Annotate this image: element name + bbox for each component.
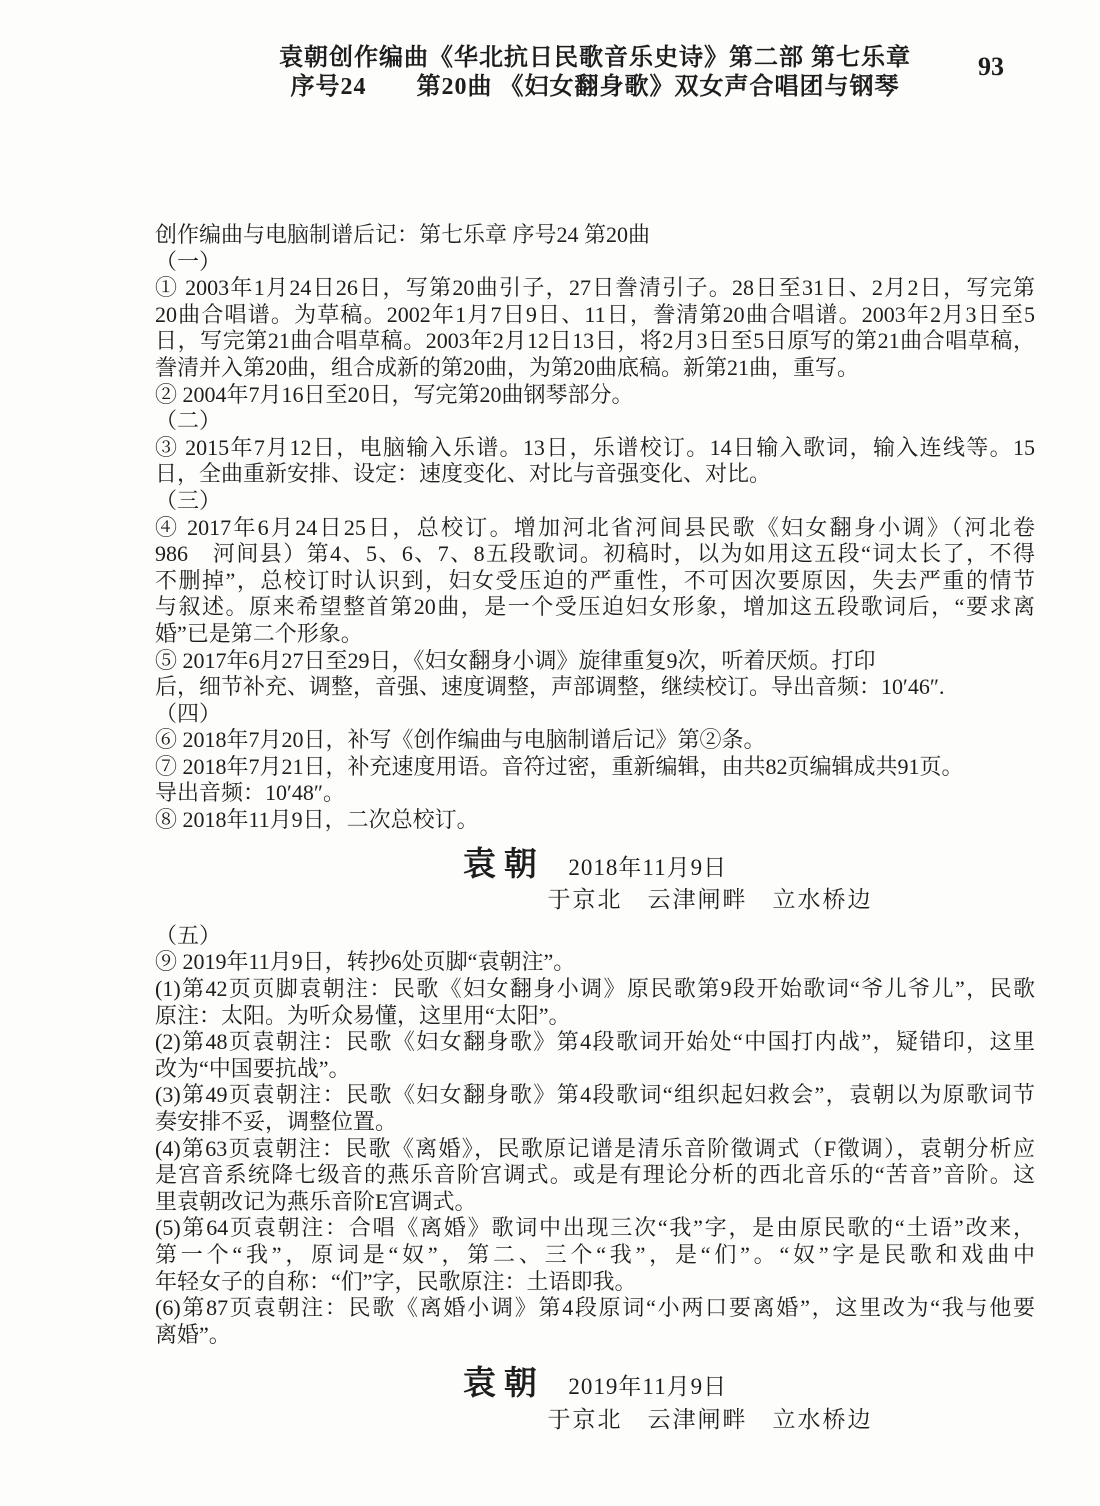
body-line: ① 2003年1月24日26日，写第20曲引子，27日誊清引子。28日至31日、… [155, 275, 1035, 302]
body-line: 日，全曲重新安排、设定：速度变化、对比与音强变化、对比。 [155, 461, 1035, 488]
signature-place: 于京北 云津闸畔 立水桥边 [155, 887, 1035, 914]
postscript-section-1: （一）① 2003年1月24日26日，写第20曲引子，27日誊清引子。28日至3… [155, 249, 1035, 834]
body-line: (3)第49页袁朝注：民歌《妇女翻身歌》第4段歌词“组织起妇救会”，袁朝以为原歌… [155, 1082, 1035, 1109]
body-line: ⑦ 2018年7月21日，补充速度用语。音符过密，重新编辑，由共82页编辑成共9… [155, 754, 1035, 781]
body-line: 改为“中国要抗战”。 [155, 1056, 1035, 1083]
body-line: (1)第42页页脚袁朝注：民歌《妇女翻身小调》原民歌第9段开始歌词“爷儿爷儿”，… [155, 976, 1035, 1003]
body-line: （五） [155, 923, 1035, 950]
body-line: （二） [155, 408, 1035, 435]
body-line: （一） [155, 249, 1035, 276]
page-number: 93 [978, 52, 1004, 82]
body-line: 里袁朝改记为燕乐音阶E宫调式。 [155, 1189, 1035, 1216]
signature-row: 袁朝 2018年11月9日 [155, 851, 1035, 882]
body-line: 奏安排不妥，调整位置。 [155, 1109, 1035, 1136]
body-line: (4)第63页袁朝注：民歌《离婚》，民歌原记谱是清乐音阶徵调式（F徵调），袁朝分… [155, 1136, 1035, 1163]
body-line: 是宫音系统降七级音的燕乐音阶宫调式。或是有理论分析的西北音乐的“苦音”音阶。这 [155, 1162, 1035, 1189]
body-line: 986 河间县）第4、5、6、7、8五段歌词。初稿时，以为如用这五段“词太长了，… [155, 541, 1035, 568]
body-title: 创作编曲与电脑制谱后记：第七乐章 序号24 第20曲 [155, 222, 1035, 249]
page-header: 袁朝创作编曲《华北抗日民歌音乐史诗》第二部 第七乐章 序号24 第20曲 《妇女… [155, 44, 1035, 102]
signature-name: 袁朝 [463, 845, 545, 882]
body-line: ⑥ 2018年7月20日，补写《创作编曲与电脑制谱后记》第②条。 [155, 727, 1035, 754]
body-line: 离婚”。 [155, 1322, 1035, 1349]
body-line: （三） [155, 488, 1035, 515]
body-line: 年轻女子的自称：“们”字，民歌原注：土语即我。 [155, 1269, 1035, 1296]
header-title-line1: 袁朝创作编曲《华北抗日民歌音乐史诗》第二部 第七乐章 [155, 44, 1035, 73]
body-line: 不删掉”，总校订时认识到，妇女受压迫的严重性，不可因次要原因，失去严重的情节 [155, 568, 1035, 595]
body-line: ⑧ 2018年11月9日，二次总校订。 [155, 807, 1035, 834]
signature-date: 2019年11月9日 [568, 1374, 727, 1399]
body-line: 与叙述。原来希望整首第20曲，是一个受压迫妇女形象，增加这五段歌词后，“要求离 [155, 594, 1035, 621]
body-line: 誊清并入第20曲，组合成新的第20曲，为第20曲底稿。新第21曲，重写。 [155, 355, 1035, 382]
body-line: ⑤ 2017年6月27日至29日，《妇女翻身小调》旋律重复9次，听着厌烦。打印 [155, 648, 1035, 675]
document-body: 创作编曲与电脑制谱后记：第七乐章 序号24 第20曲 （一）① 2003年1月2… [155, 222, 1035, 1443]
body-line: (6)第87页袁朝注：民歌《离婚小调》第4段原词“小两口要离婚”，这里改为“我与… [155, 1295, 1035, 1322]
postscript-section-2: （五）⑨ 2019年11月9日，转抄6处页脚“袁朝注”。(1)第42页页脚袁朝注… [155, 923, 1035, 1349]
body-line: (5)第64页袁朝注：合唱《离婚》歌词中出现三次“我”字，是由原民歌的“土语”改… [155, 1215, 1035, 1242]
body-line: ② 2004年7月16日至20日，写完第20曲钢琴部分。 [155, 382, 1035, 409]
signature-date: 2018年11月9日 [568, 855, 727, 880]
document-page: 袁朝创作编曲《华北抗日民歌音乐史诗》第二部 第七乐章 序号24 第20曲 《妇女… [0, 0, 1100, 1506]
signature-block-2019: 袁朝 2019年11月9日 于京北 云津闸畔 立水桥边 [155, 1370, 1035, 1433]
body-line: （四） [155, 701, 1035, 728]
body-line: (2)第48页袁朝注：民歌《妇女翻身歌》第4段歌词开始处“中国打内战”，疑错印，… [155, 1029, 1035, 1056]
body-line: 导出音频：10′48″。 [155, 780, 1035, 807]
body-line: 第一个“我”，原词是“奴”，第二、三个“我”，是“们”。“奴”字是民歌和戏曲中 [155, 1242, 1035, 1269]
body-line: 原注：太阳。为听众易懂，这里用“太阳”。 [155, 1003, 1035, 1030]
signature-place: 于京北 云津闸畔 立水桥边 [155, 1407, 1035, 1434]
header-title-line2: 序号24 第20曲 《妇女翻身歌》双女声合唱团与钢琴 [155, 73, 1035, 102]
body-line: ③ 2015年7月12日，电脑输入乐谱。13日，乐谱校订。14日输入歌词，输入连… [155, 435, 1035, 462]
body-line: 婚”已是第二个形象。 [155, 621, 1035, 648]
body-line: ④ 2017年6月24日25日，总校订。增加河北省河间县民歌《妇女翻身小调》（河… [155, 515, 1035, 542]
body-line: 日，写完第21曲合唱草稿。2003年2月12日13日，将2月3日至5日原写的第2… [155, 328, 1035, 355]
body-line: 后，细节补充、调整，音强、速度调整，声部调整，继续校订。导出音频：10′46″. [155, 674, 1035, 701]
signature-row: 袁朝 2019年11月9日 [155, 1370, 1035, 1401]
body-line: 20曲合唱谱。为草稿。2002年1月7日9日、11日，誊清第20曲合唱谱。200… [155, 302, 1035, 329]
signature-name: 袁朝 [463, 1364, 545, 1401]
body-line: ⑨ 2019年11月9日，转抄6处页脚“袁朝注”。 [155, 949, 1035, 976]
signature-block-2018: 袁朝 2018年11月9日 于京北 云津闸畔 立水桥边 [155, 851, 1035, 914]
